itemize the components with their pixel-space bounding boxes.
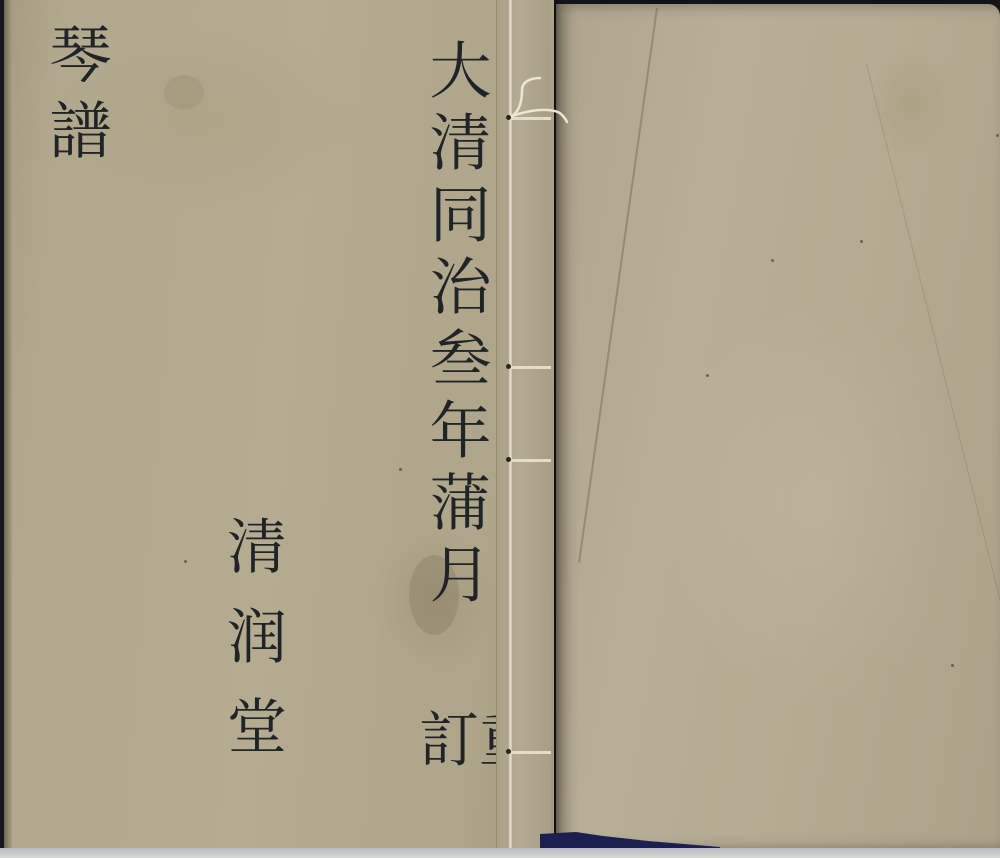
paper-speck bbox=[184, 560, 187, 563]
table-edge bbox=[0, 848, 1000, 858]
paper-speck bbox=[399, 468, 402, 471]
binding-thread bbox=[509, 0, 512, 850]
paper-crease bbox=[866, 64, 1000, 743]
stitch-hole bbox=[506, 364, 511, 369]
binding-stitch bbox=[509, 459, 551, 462]
paper-speck bbox=[951, 664, 954, 667]
stitch-hole bbox=[506, 749, 511, 754]
studio-name: 清润堂 bbox=[222, 515, 282, 785]
loose-thread-icon bbox=[510, 74, 570, 124]
paper-stain bbox=[164, 75, 204, 110]
paper-speck bbox=[860, 240, 863, 243]
binding-stitch bbox=[509, 751, 551, 754]
book-photo: 琴譜 大清同治叁年蒲月 清润堂 重訂 bbox=[0, 0, 1000, 858]
paper-speck bbox=[771, 259, 774, 262]
front-cover: 琴譜 大清同治叁年蒲月 清润堂 重訂 bbox=[4, 0, 554, 850]
cover-edge bbox=[4, 0, 12, 850]
paper-speck bbox=[706, 374, 709, 377]
paper-crease bbox=[578, 8, 658, 563]
book-title: 琴譜 bbox=[44, 22, 106, 174]
binding-margin bbox=[496, 0, 551, 850]
binding-stitch bbox=[509, 366, 551, 369]
paper-speck bbox=[996, 134, 999, 137]
date-inscription: 大清同治叁年蒲月 bbox=[424, 38, 486, 614]
back-cover bbox=[556, 4, 1000, 850]
stitch-hole bbox=[506, 457, 511, 462]
